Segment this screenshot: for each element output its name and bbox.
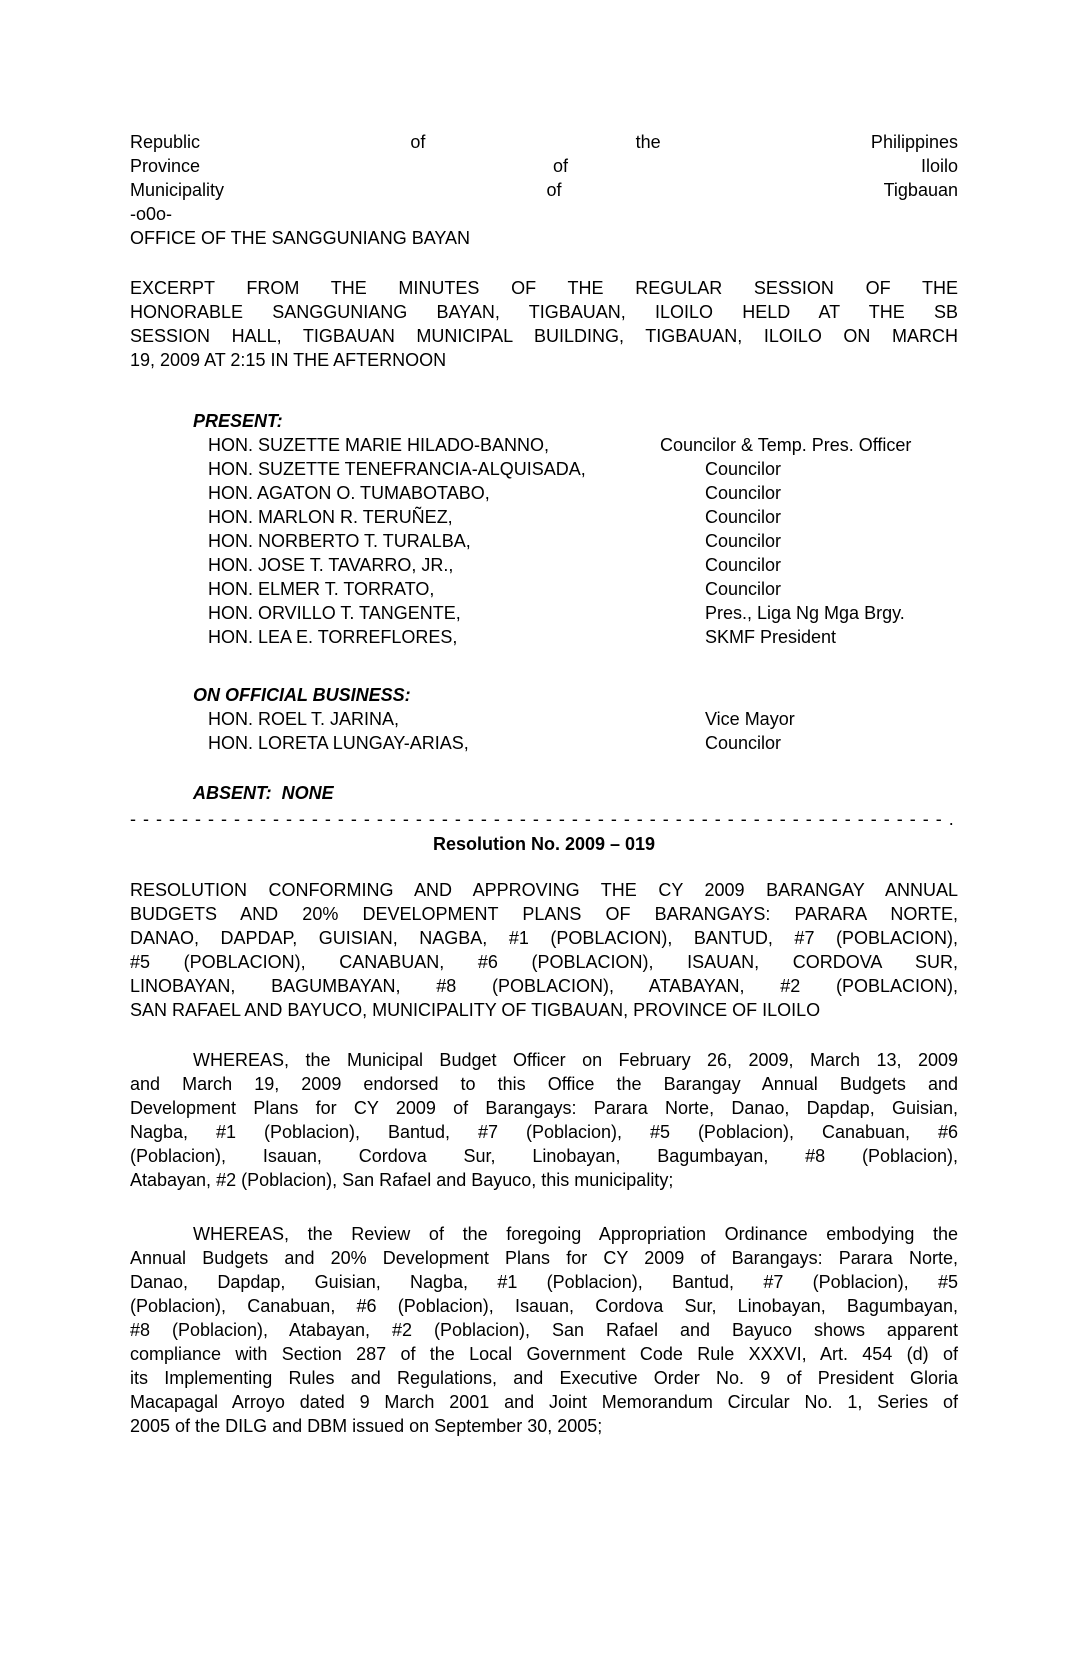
attendee-title: Councilor: [705, 481, 781, 505]
text-line: Atabayan, #2 (Poblacion), San Rafael and…: [130, 1168, 958, 1192]
attendee-name: HON. ROEL T. JARINA,: [208, 709, 399, 729]
text-line: WHEREAS, the Municipal Budget Officer on…: [130, 1048, 958, 1072]
attendee-title: Pres., Liga Ng Mga Brgy.: [705, 601, 905, 625]
text-line: and March 19, 2009 endorsed to this Offi…: [130, 1072, 958, 1096]
whereas-paragraph-1: WHEREAS, the Municipal Budget Officer on…: [130, 1048, 958, 1192]
text-line: Annual Budgets and 20% Development Plans…: [130, 1246, 958, 1270]
attendee-name: HON. LEA E. TORREFLORES,: [208, 627, 457, 647]
present-label: PRESENT:: [130, 409, 958, 433]
text-line: compliance with Section 287 of the Local…: [130, 1342, 958, 1366]
attendee-name: HON. SUZETTE MARIE HILADO-BANNO,: [208, 435, 549, 455]
attendee-name: HON. ORVILLO T. TANGENTE,: [208, 603, 461, 623]
text-line: Nagba, #1 (Poblacion), Bantud, #7 (Pobla…: [130, 1120, 958, 1144]
text-line: HONORABLE SANGGUNIANG BAYAN, TIGBAUAN, I…: [130, 300, 958, 324]
attendee-row: HON. ORVILLO T. TANGENTE,Pres., Liga Ng …: [130, 601, 958, 625]
text-line: -o0o-: [130, 202, 958, 226]
attendee-row: HON. SUZETTE MARIE HILADO-BANNO,Councilo…: [130, 433, 958, 457]
dashed-separator: - - - - - - - - - - - - - - - - - - - - …: [130, 807, 958, 831]
official-business-list: HON. ROEL T. JARINA,Vice MayorHON. LORET…: [130, 707, 958, 755]
attendee-name: HON. AGATON O. TUMABOTABO,: [208, 483, 490, 503]
whereas-paragraph-2: WHEREAS, the Review of the foregoing App…: [130, 1222, 958, 1438]
attendee-name: HON. SUZETTE TENEFRANCIA-ALQUISADA,: [208, 459, 586, 479]
text-line: Municipality of Tigbauan: [130, 178, 958, 202]
text-line: OFFICE OF THE SANGGUNIANG BAYAN: [130, 226, 958, 250]
text-line: (Poblacion), Isauan, Cordova Sur, Linoba…: [130, 1144, 958, 1168]
attendee-title: Councilor: [705, 577, 781, 601]
official-business-label: ON OFFICIAL BUSINESS:: [130, 683, 958, 707]
attendee-title: Councilor & Temp. Pres. Officer: [660, 433, 911, 457]
attendee-name: HON. LORETA LUNGAY-ARIAS,: [208, 733, 469, 753]
attendee-title: Councilor: [705, 731, 781, 755]
text-line: Development Plans for CY 2009 of Baranga…: [130, 1096, 958, 1120]
attendee-title: Councilor: [705, 505, 781, 529]
excerpt-paragraph: EXCERPT FROM THE MINUTES OF THE REGULAR …: [130, 276, 958, 372]
attendee-title: SKMF President: [705, 625, 836, 649]
absent-label: ABSENT: NONE: [130, 781, 958, 805]
attendee-row: HON. AGATON O. TUMABOTABO,Councilor: [130, 481, 958, 505]
attendee-row: HON. ROEL T. JARINA,Vice Mayor: [130, 707, 958, 731]
attendee-name: HON. NORBERTO T. TURALBA,: [208, 531, 471, 551]
attendee-name: HON. ELMER T. TORRATO,: [208, 579, 434, 599]
resolution-title-paragraph: RESOLUTION CONFORMING AND APPROVING THE …: [130, 878, 958, 1022]
text-line: (Poblacion), Canabuan, #6 (Poblacion), I…: [130, 1294, 958, 1318]
attendee-title: Councilor: [705, 457, 781, 481]
attendee-row: HON. ELMER T. TORRATO,Councilor: [130, 577, 958, 601]
text-line: #8 (Poblacion), Atabayan, #2 (Poblacion)…: [130, 1318, 958, 1342]
minutes-page: Republic of the PhilippinesProvince of I…: [0, 0, 1088, 1438]
text-line: WHEREAS, the Review of the foregoing App…: [130, 1222, 958, 1246]
attendee-name: HON. JOSE T. TAVARRO, JR.,: [208, 555, 453, 575]
present-list: HON. SUZETTE MARIE HILADO-BANNO,Councilo…: [130, 433, 958, 649]
text-line: 19, 2009 AT 2:15 IN THE AFTERNOON: [130, 348, 958, 372]
text-line: SESSION HALL, TIGBAUAN MUNICIPAL BUILDIN…: [130, 324, 958, 348]
document-header: Republic of the PhilippinesProvince of I…: [130, 130, 958, 250]
attendee-title: Councilor: [705, 553, 781, 577]
attendee-row: HON. SUZETTE TENEFRANCIA-ALQUISADA,Counc…: [130, 457, 958, 481]
text-line: EXCERPT FROM THE MINUTES OF THE REGULAR …: [130, 276, 958, 300]
text-line: SAN RAFAEL AND BAYUCO, MUNICIPALITY OF T…: [130, 998, 958, 1022]
attendee-title: Councilor: [705, 529, 781, 553]
attendee-row: HON. LORETA LUNGAY-ARIAS,Councilor: [130, 731, 958, 755]
resolution-number-heading: Resolution No. 2009 – 019: [130, 832, 958, 856]
attendee-row: HON. LEA E. TORREFLORES,SKMF President: [130, 625, 958, 649]
text-line: 2005 of the DILG and DBM issued on Septe…: [130, 1414, 958, 1438]
text-line: Danao, Dapdap, Guisian, Nagba, #1 (Pobla…: [130, 1270, 958, 1294]
attendee-title: Vice Mayor: [705, 707, 795, 731]
text-line: RESOLUTION CONFORMING AND APPROVING THE …: [130, 878, 958, 902]
text-line: Macapagal Arroyo dated 9 March 2001 and …: [130, 1390, 958, 1414]
text-line: LINOBAYAN, BAGUMBAYAN, #8 (POBLACION), A…: [130, 974, 958, 998]
text-line: BUDGETS AND 20% DEVELOPMENT PLANS OF BAR…: [130, 902, 958, 926]
text-line: its Implementing Rules and Regulations, …: [130, 1366, 958, 1390]
document-page: { "header": { "lines": [ "Republic of th…: [0, 0, 1088, 1664]
attendee-row: HON. NORBERTO T. TURALBA,Councilor: [130, 529, 958, 553]
text-line: Province of Iloilo: [130, 154, 958, 178]
text-line: #5 (POBLACION), CANABUAN, #6 (POBLACION)…: [130, 950, 958, 974]
attendee-name: HON. MARLON R. TERUÑEZ,: [208, 507, 453, 527]
text-line: Republic of the Philippines: [130, 130, 958, 154]
attendee-row: HON. MARLON R. TERUÑEZ,Councilor: [130, 505, 958, 529]
attendee-row: HON. JOSE T. TAVARRO, JR.,Councilor: [130, 553, 958, 577]
text-line: DANAO, DAPDAP, GUISIAN, NAGBA, #1 (POBLA…: [130, 926, 958, 950]
